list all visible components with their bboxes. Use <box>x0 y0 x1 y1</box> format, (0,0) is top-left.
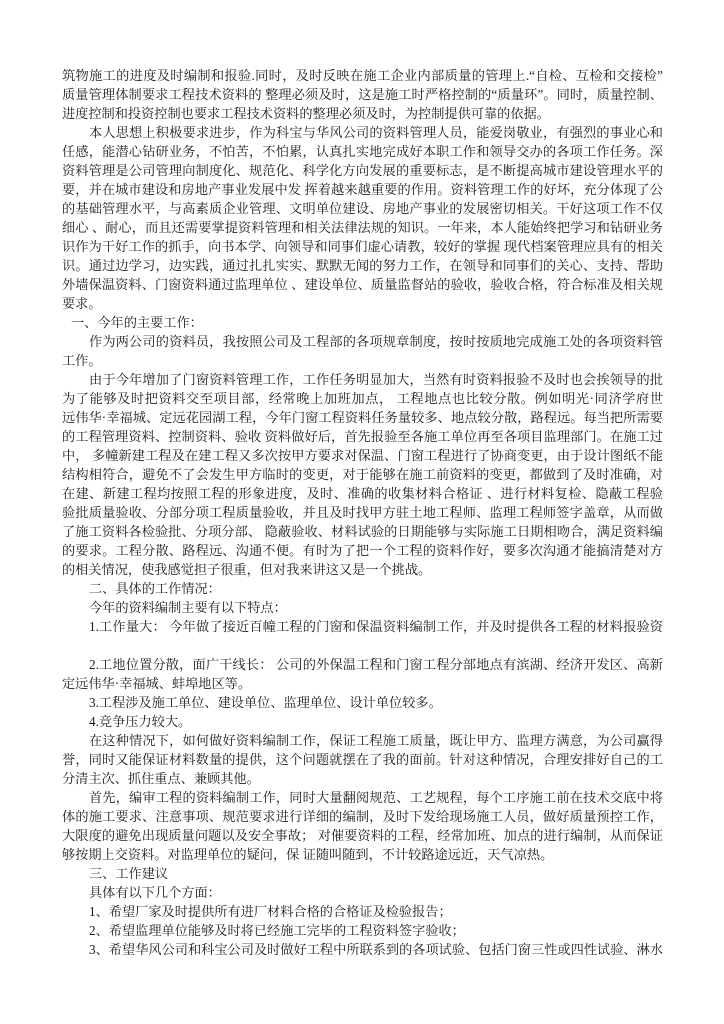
text-line: 识作为干好工作的抓手，向书本学、向领导和同事们虚心请教，较好的掌握 现代档案管理… <box>62 237 663 256</box>
text-line: 1.工作量大： 今年做了接近百幢工程的门窗和保温资料编制工作，并及时提供各工程的… <box>62 617 663 636</box>
text-line: 中， 多幢新建工程及在建工程又多次按甲方要求对保温、门窗工程进行了协商变更，由于… <box>62 446 663 465</box>
text-line: 1、希望厂家及时提供所有进厂材料合格的合格证及检验报告； <box>62 902 663 921</box>
text-line: 三、工作建议 <box>62 864 663 883</box>
text-line: 质量管理体制要求工程技术资料的 整理必须及时，这是施工时严格控制的“质量环”。同… <box>62 85 663 104</box>
text-line: 够按期上交资料。对监理单位的疑问，保 证随叫随到，不计较路途远近，天气凉热。 <box>62 845 663 864</box>
text-line: 结构相符合，避免不了会发生甲方临时的变更，对于能够在施工前资料的变更，都做到了及… <box>62 465 663 484</box>
text-line: 二、具体的工作情况： <box>62 579 663 598</box>
text-line: 2、希望监理单位能够及时将已经施工完毕的工程资料签字验收； <box>62 921 663 940</box>
text-line: 作为两公司的资料员，我按照公司及工程部的各项规章制度，按时按质地完成施工处的各项… <box>62 332 663 351</box>
text-line: 首先，编审工程的资料编制工作，同时大量翻阅规范、工艺规程，每个工序施工前在技术交… <box>62 788 663 807</box>
text-line: 了施工资料各检验批、分项分部、 隐蔽验收、材料试验的日期能够与实际施工日期相吻合… <box>62 522 663 541</box>
text-line: 进度控制和投资控制也要求工程技术资料的整理必须及时，为控制提供可靠的依据。 <box>62 104 663 123</box>
text-line: 2.工地位置分散，面广干线长： 公司的外保温工程和门窗工程分部地点有滨湖、经济开… <box>62 655 663 674</box>
text-line: 任感，能潜心钻研业务，不怕苦，不怕累，认真扎实地完成好本职工作和领导交办的各项工… <box>62 142 663 161</box>
text-line: 的工程管理资料、控制资料、验收 资料做好后，首先报验至各施工单位再至各项目监理部… <box>62 427 663 446</box>
text-line: 在这种情况下，如何做好资料编制工作，保证工程施工质量，既让甲方、监理方满意，为公… <box>62 731 663 750</box>
document-page: 筑物施工的进度及时编制和报验.同时，及时反映在施工企业内部质量的管理上.“自检、… <box>62 66 663 959</box>
text-line: 具体有以下几个方面： <box>62 883 663 902</box>
text-line: 今年的资料编制主要有以下特点： <box>62 598 663 617</box>
text-line: 3、希望华风公司和科宝公司及时做好工程中所联系到的各项试验、包括门窗三性或四性试… <box>62 940 663 959</box>
text-line: 的基础管理水平，与高素质企业管理、文明单位建设、房地产事业的发展密切相关。干好这… <box>62 199 663 218</box>
text-line: 定远伟华·幸福城、蚌埠地区等。 <box>62 674 663 693</box>
text-line: 筑物施工的进度及时编制和报验.同时，及时反映在施工企业内部质量的管理上.“自检、… <box>62 66 663 85</box>
text-line: 远伟华·幸福城、定远花园湖工程，今年门窗工程资料任务量较多、地点较分散，路程远。… <box>62 408 663 427</box>
text-line: 3.工程涉及施工单位、建设单位、监理单位、设计单位较多。 <box>62 693 663 712</box>
text-line: 要求。 <box>62 294 663 313</box>
text-line: 本人思想上积极要求进步，作为科宝与华风公司的资料管理人员，能爱岗敬业，有强烈的事… <box>62 123 663 142</box>
text-line: 由于今年增加了门窗资料管理工作，工作任务明显加大，当然有时资料报验不及时也会挨领… <box>62 370 663 389</box>
text-line: 分清主次、抓住重点、兼顾其他。 <box>62 769 663 788</box>
text-line: 外墙保温资料、门窗资料通过监理单位 、建设单位、质量监督站的验收，验收合格，符合… <box>62 275 663 294</box>
text-line: 体的施工要求、注意事项、规范要求进行详细的编制，及时下发给现场施工人员，做好质量… <box>62 807 663 826</box>
text-line: 在建、新建工程均按照工程的形象进度，及时、准确的收集材料合格证 、进行材料复检、… <box>62 484 663 503</box>
text-line: 誉，同时又能保证材料数量的提供，这个问题就摆在了我的面前。针对这种情况，合理安排… <box>62 750 663 769</box>
text-line: 细心 、耐心，而且还需要掌提资料管理和相关法律法规的知识。一年来，本人能始终把学… <box>62 218 663 237</box>
text-line: 为了能够及时把资料交至项目部，经常晚上加班加点， 工程地点也比较分散。例如明光·… <box>62 389 663 408</box>
text-line: 验批质量验收、分部分项工程质量验收，并且及时找甲方驻土地工程师、监理工程师签字盖… <box>62 503 663 522</box>
text-line: 的相关情况，使我感觉担子很重，但对我来讲这又是一个挑战。 <box>62 560 663 579</box>
blank-line <box>62 636 663 655</box>
text-line: 资料管理是公司管理向制度化、规范化、科学化方向发展的重要标志，是不断提高城市建设… <box>62 161 663 180</box>
text-line: 大限度的避免出现质量问题以及安全事故； 对催要资料的工程，经常加班、加点的进行编… <box>62 826 663 845</box>
text-line: 4.竞争压力较大。 <box>62 712 663 731</box>
text-line: 识。通过边学习，边实践，通过扎扎实实、默默无闻的努力工作，在领导和同事们的关心、… <box>62 256 663 275</box>
text-line: 要，并在城市建设和房地产事业发展中发 挥着越来越重要的作用。资料管理工作的好坏，… <box>62 180 663 199</box>
text-line: 一、今年的主要工作： <box>62 313 663 332</box>
text-line: 工作。 <box>62 351 663 370</box>
text-line: 的要求。工程分散、路程远、沟通不便。有时为了把一个工程的资料作好，要多次沟通才能… <box>62 541 663 560</box>
